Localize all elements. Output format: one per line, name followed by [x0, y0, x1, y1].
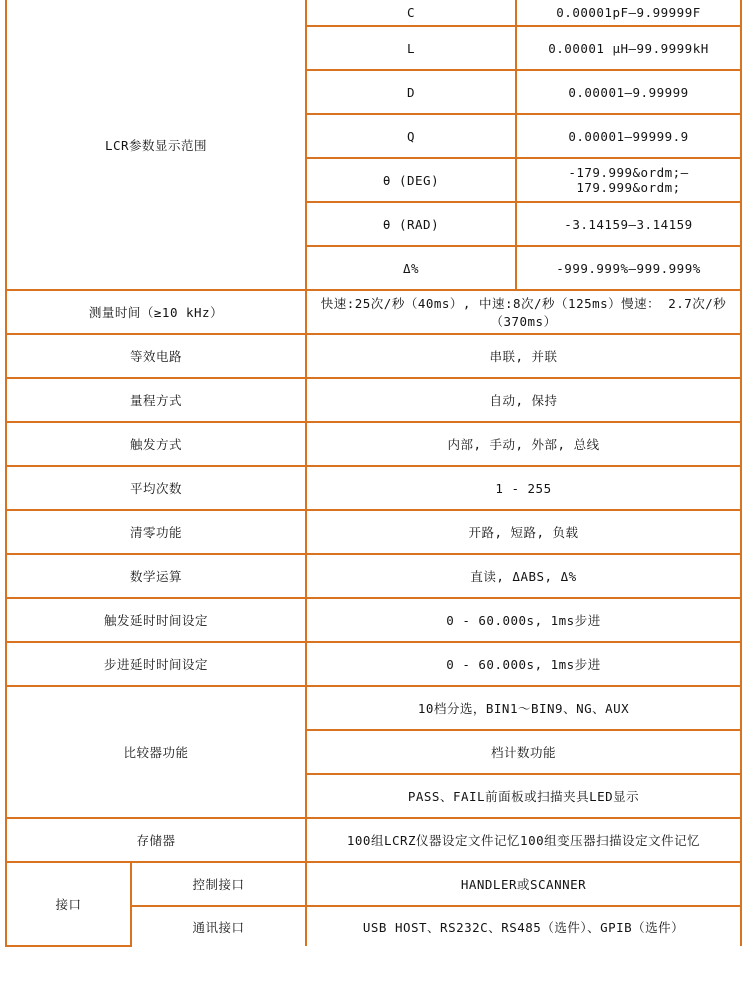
spec-value-trigger-delay: 0 - 60.000s, 1ms步进	[306, 598, 741, 642]
table-row: 平均次数 1 - 255	[6, 466, 741, 510]
spec-label-trigger-delay: 触发延时时间设定	[6, 598, 306, 642]
spec-value-step-delay: 0 - 60.000s, 1ms步进	[306, 642, 741, 686]
lcr-param-q: Q	[306, 114, 516, 158]
lcr-spec-table: LCR参数显示范围 C 0.00001pF—9.99999F L 0.00001…	[5, 0, 742, 947]
spec-label-zero-clear: 清零功能	[6, 510, 306, 554]
interface-comm-value: USB HOST、RS232C、RS485（选件）、GPIB（选件）	[306, 906, 741, 946]
memory-label: 存储器	[6, 818, 306, 862]
spec-label-trigger-mode: 触发方式	[6, 422, 306, 466]
spec-label-range-mode: 量程方式	[6, 378, 306, 422]
interface-label: 接口	[6, 862, 131, 946]
spec-label-step-delay: 步进延时时间设定	[6, 642, 306, 686]
lcr-param-d: D	[306, 70, 516, 114]
lcr-range-delta-pct: -999.999%—999.999%	[516, 246, 741, 290]
lcr-range-c: 0.00001pF—9.99999F	[516, 0, 741, 26]
comparator-label: 比较器功能	[6, 686, 306, 818]
spec-value-trigger-mode: 内部, 手动, 外部, 总线	[306, 422, 741, 466]
lcr-range-q: 0.00001—99999.9	[516, 114, 741, 158]
lcr-param-theta-rad: θ (RAD)	[306, 202, 516, 246]
spec-value-math-operation: 直读, ΔABS, Δ%	[306, 554, 741, 598]
lcr-range-l: 0.00001 μH—99.9999kH	[516, 26, 741, 70]
interface-control-value: HANDLER或SCANNER	[306, 862, 741, 906]
spec-label-equivalent-circuit: 等效电路	[6, 334, 306, 378]
comparator-value-bins: 10档分选，BIN1～BIN9、NG、AUX	[306, 686, 741, 730]
spec-value-range-mode: 自动, 保持	[306, 378, 741, 422]
lcr-range-theta-deg: -179.999&ordm;—179.999&ordm;	[516, 158, 741, 202]
spec-label-average-count: 平均次数	[6, 466, 306, 510]
spec-value-measure-time: 快速:25次/秒（40ms）, 中速:8次/秒（125ms）慢速： 2.7次/秒…	[306, 290, 741, 334]
spec-value-zero-clear: 开路, 短路, 负载	[306, 510, 741, 554]
spec-value-average-count: 1 - 255	[306, 466, 741, 510]
spec-page: LCR参数显示范围 C 0.00001pF—9.99999F L 0.00001…	[0, 0, 747, 990]
table-row: 触发方式 内部, 手动, 外部, 总线	[6, 422, 741, 466]
lcr-param-l: L	[306, 26, 516, 70]
interface-comm-label: 通讯接口	[131, 906, 306, 946]
lcr-param-theta-deg: θ (DEG)	[306, 158, 516, 202]
interface-control-label: 控制接口	[131, 862, 306, 906]
comparator-value-led: PASS、FAIL前面板或扫描夹具LED显示	[306, 774, 741, 818]
table-row: LCR参数显示范围 C 0.00001pF—9.99999F	[6, 0, 741, 26]
table-row: 步进延时时间设定 0 - 60.000s, 1ms步进	[6, 642, 741, 686]
memory-value: 100组LCRZ仪器设定文件记忆100组变压器扫描设定文件记忆	[306, 818, 741, 862]
table-row: 测量时间（≥10 kHz） 快速:25次/秒（40ms）, 中速:8次/秒（12…	[6, 290, 741, 334]
spec-label-measure-time: 测量时间（≥10 kHz）	[6, 290, 306, 334]
lcr-range-theta-rad: -3.14159—3.14159	[516, 202, 741, 246]
table-row: 接口 控制接口 HANDLER或SCANNER	[6, 862, 741, 906]
table-row: 数学运算 直读, ΔABS, Δ%	[6, 554, 741, 598]
spec-label-math-operation: 数学运算	[6, 554, 306, 598]
lcr-param-delta-pct: Δ%	[306, 246, 516, 290]
comparator-value-count: 档计数功能	[306, 730, 741, 774]
table-row: 触发延时时间设定 0 - 60.000s, 1ms步进	[6, 598, 741, 642]
lcr-range-label: LCR参数显示范围	[6, 0, 306, 290]
lcr-param-c: C	[306, 0, 516, 26]
table-row: 清零功能 开路, 短路, 负载	[6, 510, 741, 554]
table-row: 存储器 100组LCRZ仪器设定文件记忆100组变压器扫描设定文件记忆	[6, 818, 741, 862]
spec-value-equivalent-circuit: 串联, 并联	[306, 334, 741, 378]
table-row: 比较器功能 10档分选，BIN1～BIN9、NG、AUX	[6, 686, 741, 730]
table-row: 量程方式 自动, 保持	[6, 378, 741, 422]
table-row: 等效电路 串联, 并联	[6, 334, 741, 378]
lcr-range-d: 0.00001—9.99999	[516, 70, 741, 114]
